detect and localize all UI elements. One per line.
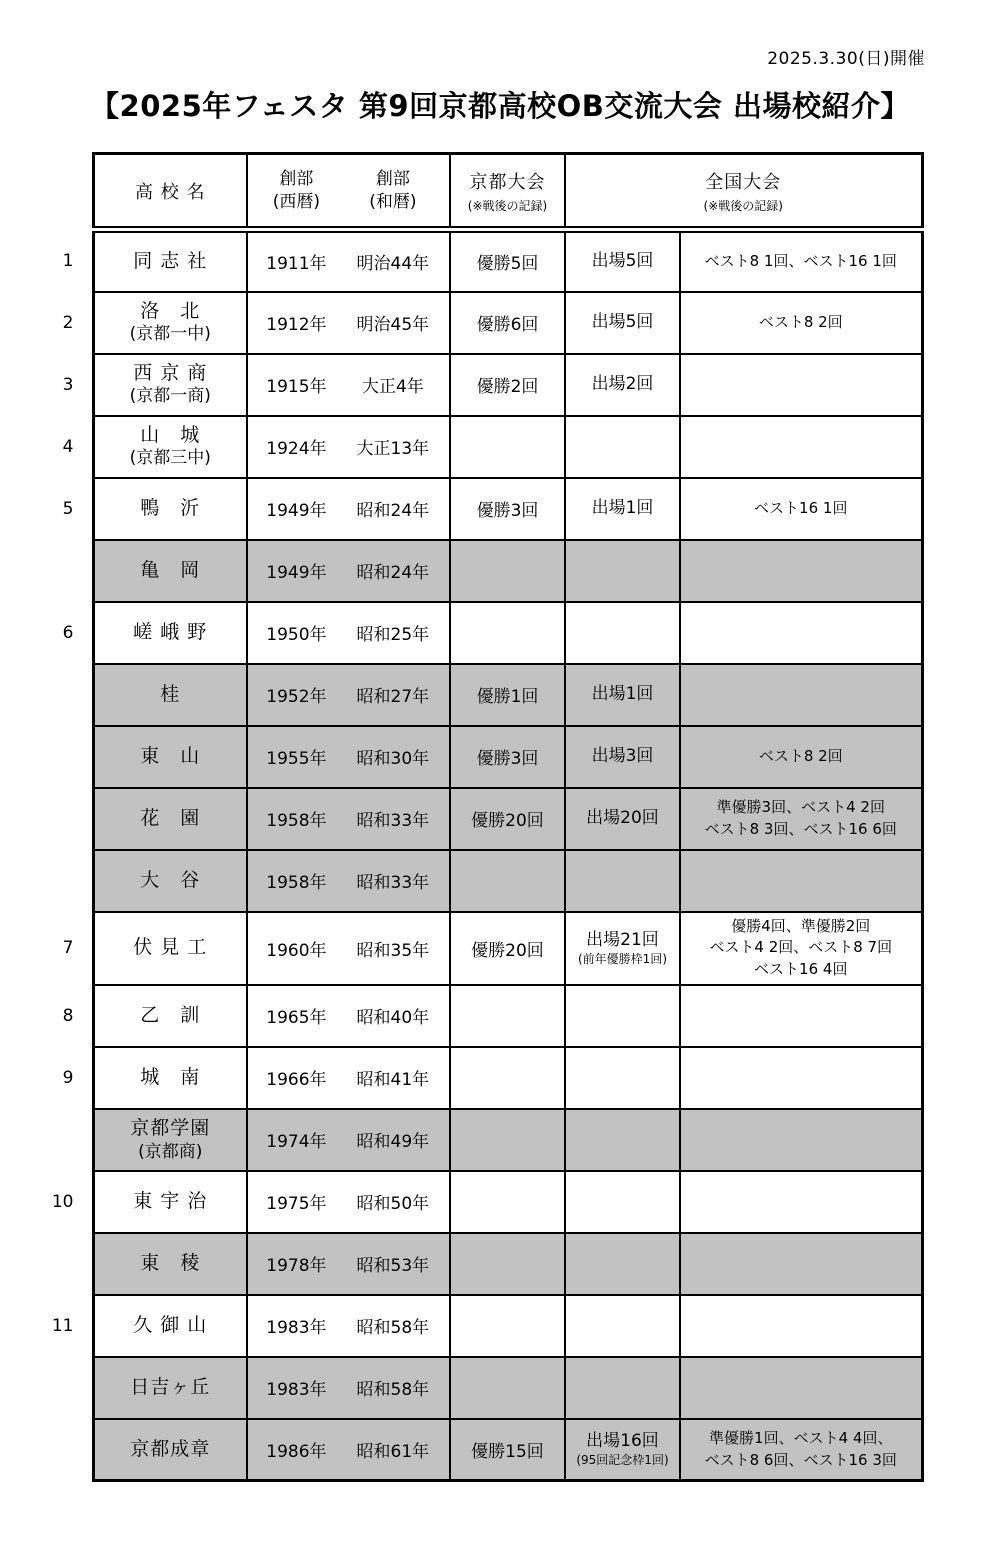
national-results-cell: 優勝4回、準優勝2回ベスト4 2回、ベスト8 7回ベスト16 4回 [680, 912, 922, 985]
school-name-cell: 京都成章 [93, 1419, 247, 1481]
founded-years: 1924年大正13年 [252, 434, 445, 459]
school-former-name: (京都三中) [99, 448, 243, 469]
founded-years: 1950年昭和25年 [252, 620, 445, 645]
kyoto-wins: 優勝5回 [455, 249, 560, 274]
national-results-cell [680, 850, 922, 912]
kyoto-record-cell [450, 1233, 565, 1295]
school-name-cell: 桂 [93, 664, 247, 726]
kyoto-wins: 優勝20回 [455, 806, 560, 831]
row-number [50, 850, 93, 912]
school-name: 日吉ヶ丘 [99, 1376, 243, 1400]
header-row: 高 校 名 創部 (西暦) 創部 (和暦) 京都大会 (※戦後の記録) [50, 154, 922, 230]
founded-year-era: 大正13年 [341, 434, 445, 459]
school-name: 洛 北 [99, 300, 243, 324]
founded-year-era: 昭和35年 [341, 936, 445, 961]
school-name: 東 稜 [99, 1252, 243, 1276]
founded-year-west: 1950年 [252, 620, 341, 645]
national-appearances-cell: 出場5回 [565, 292, 680, 354]
row-number-spacer [50, 154, 93, 230]
founded-cell: 1949年昭和24年 [247, 478, 450, 540]
row-number: 10 [50, 1171, 93, 1233]
row-number: 9 [50, 1047, 93, 1109]
founded-year-era: 昭和33年 [341, 868, 445, 893]
appearances-note: (95回記念枠1回) [570, 1453, 675, 1467]
school-row: 4山 城(京都三中)1924年大正13年 [50, 416, 922, 478]
row-number: 5 [50, 478, 93, 540]
row-number [50, 1233, 93, 1295]
event-date: 2025.3.30(日)開催 [767, 44, 925, 69]
kyoto-wins: 優勝1回 [455, 682, 560, 707]
national-appearances-cell: 出場3回 [565, 726, 680, 788]
result-line: 準優勝3回、ベスト4 2回 [685, 797, 917, 819]
founded-year-west: 1924年 [252, 434, 341, 459]
founded-year-era: 昭和25年 [341, 620, 445, 645]
school-name: 西 京 商 [99, 362, 243, 386]
header-founded-west: 創部 (西暦) [252, 168, 341, 212]
row-number [50, 664, 93, 726]
school-name: 乙 訓 [99, 1004, 243, 1028]
founded-year-era: 明治45年 [341, 310, 445, 335]
national-results-cell [680, 1047, 922, 1109]
school-row: 京都学園(京都商)1974年昭和49年 [50, 1109, 922, 1171]
kyoto-record-cell [450, 985, 565, 1047]
founded-year-west: 1911年 [252, 249, 341, 274]
kyoto-record-cell [450, 1171, 565, 1233]
founded-year-era: 昭和58年 [341, 1375, 445, 1400]
school-name: 京都成章 [99, 1438, 243, 1462]
school-name: 大 谷 [99, 869, 243, 893]
appearances-count: 出場20回 [570, 808, 675, 829]
national-results-cell [680, 1233, 922, 1295]
row-number: 11 [50, 1295, 93, 1357]
header-national-tournament: 全国大会 (※戦後の記録) [565, 154, 922, 230]
national-appearances-cell [565, 1109, 680, 1171]
kyoto-wins: 優勝3回 [455, 496, 560, 521]
founded-year-era: 昭和58年 [341, 1313, 445, 1338]
national-appearances-cell: 出場5回 [565, 230, 680, 292]
kyoto-wins: 優勝2回 [455, 372, 560, 397]
founded-cell: 1960年昭和35年 [247, 912, 450, 985]
founded-cell: 1952年昭和27年 [247, 664, 450, 726]
founded-cell: 1955年昭和30年 [247, 726, 450, 788]
kyoto-wins: 優勝20回 [455, 936, 560, 961]
national-results-cell: ベスト8 2回 [680, 726, 922, 788]
school-name: 同 志 社 [99, 250, 243, 274]
founded-years: 1983年昭和58年 [252, 1313, 445, 1338]
school-row: 東 山1955年昭和30年優勝3回出場3回ベスト8 2回 [50, 726, 922, 788]
founded-year-era: 昭和30年 [341, 744, 445, 769]
result-line: 準優勝1回、ベスト4 4回、 [685, 1428, 917, 1450]
kyoto-record-cell: 優勝1回 [450, 664, 565, 726]
row-number: 1 [50, 230, 93, 292]
header-national-label: 全国大会 [570, 168, 917, 194]
appearances-count: 出場21回 [570, 930, 675, 951]
founded-year-west: 1960年 [252, 936, 341, 961]
kyoto-record-cell [450, 1357, 565, 1419]
school-name-cell: 日吉ヶ丘 [93, 1357, 247, 1419]
school-name: 伏 見 工 [99, 936, 243, 960]
kyoto-record-cell: 優勝5回 [450, 230, 565, 292]
header-founded-era-line2: (和暦) [341, 191, 445, 213]
appearances-count: 出場3回 [570, 746, 675, 767]
header-school-name: 高 校 名 [93, 154, 247, 230]
founded-year-era: 昭和53年 [341, 1251, 445, 1276]
founded-year-west: 1912年 [252, 310, 341, 335]
row-number: 6 [50, 602, 93, 664]
school-row: 京都成章1986年昭和61年優勝15回出場16回(95回記念枠1回)準優勝1回、… [50, 1419, 922, 1481]
school-name-cell: 鴨 沂 [93, 478, 247, 540]
header-founded-era-line1: 創部 [341, 168, 445, 190]
school-row: 3西 京 商(京都一商)1915年大正4年優勝2回出場2回 [50, 354, 922, 416]
founded-years: 1912年明治45年 [252, 310, 445, 335]
founded-years: 1911年明治44年 [252, 249, 445, 274]
national-appearances-cell [565, 540, 680, 602]
founded-year-west: 1952年 [252, 682, 341, 707]
appearances-count: 出場1回 [570, 684, 675, 705]
founded-year-west: 1983年 [252, 1375, 341, 1400]
school-name-cell: 乙 訓 [93, 985, 247, 1047]
appearances-count: 出場5回 [570, 251, 675, 272]
kyoto-record-cell: 優勝2回 [450, 354, 565, 416]
kyoto-record-cell [450, 602, 565, 664]
national-results-cell: ベスト8 2回 [680, 292, 922, 354]
founded-year-west: 1955年 [252, 744, 341, 769]
school-row: 10東 宇 治1975年昭和50年 [50, 1171, 922, 1233]
national-results-cell: 準優勝3回、ベスト4 2回ベスト8 3回、ベスト16 6回 [680, 788, 922, 850]
school-name-cell: 西 京 商(京都一商) [93, 354, 247, 416]
national-results-cell [680, 1357, 922, 1419]
row-number [50, 788, 93, 850]
header-founded-west-line2: (西暦) [252, 191, 341, 213]
school-name-cell: 洛 北(京都一中) [93, 292, 247, 354]
national-appearances-cell: 出場20回 [565, 788, 680, 850]
school-former-name: (京都一商) [99, 386, 243, 407]
founded-cell: 1911年明治44年 [247, 230, 450, 292]
founded-cell: 1924年大正13年 [247, 416, 450, 478]
school-row: 8乙 訓1965年昭和40年 [50, 985, 922, 1047]
schools-table: 高 校 名 創部 (西暦) 創部 (和暦) 京都大会 (※戦後の記録) [50, 152, 924, 1482]
founded-cell: 1965年昭和40年 [247, 985, 450, 1047]
header-kyoto-tournament: 京都大会 (※戦後の記録) [450, 154, 565, 230]
founded-years: 1975年昭和50年 [252, 1189, 445, 1214]
national-results-cell [680, 1295, 922, 1357]
appearances-count: 出場1回 [570, 498, 675, 519]
school-name-cell: 大 谷 [93, 850, 247, 912]
row-number: 8 [50, 985, 93, 1047]
founded-year-era: 昭和50年 [341, 1189, 445, 1214]
school-row: 大 谷1958年昭和33年 [50, 850, 922, 912]
founded-year-era: 昭和33年 [341, 806, 445, 831]
school-name-cell: 久 御 山 [93, 1295, 247, 1357]
national-appearances-cell [565, 985, 680, 1047]
header-kyoto-note: (※戦後の記録) [455, 197, 560, 214]
national-results-cell [680, 416, 922, 478]
founded-year-west: 1949年 [252, 496, 341, 521]
result-line: ベスト4 2回、ベスト8 7回 [685, 937, 917, 959]
founded-years: 1986年昭和61年 [252, 1437, 445, 1462]
kyoto-record-cell: 優勝20回 [450, 788, 565, 850]
founded-cell: 1975年昭和50年 [247, 1171, 450, 1233]
founded-years: 1960年昭和35年 [252, 936, 445, 961]
founded-year-west: 1983年 [252, 1313, 341, 1338]
header-founded-west-line1: 創部 [252, 168, 341, 190]
founded-years: 1958年昭和33年 [252, 868, 445, 893]
founded-year-west: 1978年 [252, 1251, 341, 1276]
kyoto-record-cell [450, 1295, 565, 1357]
result-line: ベスト8 2回 [685, 312, 917, 334]
kyoto-record-cell: 優勝20回 [450, 912, 565, 985]
founded-years: 1965年昭和40年 [252, 1003, 445, 1028]
school-name-cell: 山 城(京都三中) [93, 416, 247, 478]
national-results-cell: ベスト8 1回、ベスト16 1回 [680, 230, 922, 292]
school-name-cell: 東 稜 [93, 1233, 247, 1295]
school-row: 7伏 見 工1960年昭和35年優勝20回出場21回(前年優勝枠1回)優勝4回、… [50, 912, 922, 985]
founded-year-west: 1965年 [252, 1003, 341, 1028]
founded-cell: 1912年明治45年 [247, 292, 450, 354]
founded-year-west: 1958年 [252, 806, 341, 831]
founded-year-west: 1974年 [252, 1127, 341, 1152]
founded-year-west: 1949年 [252, 558, 341, 583]
row-number [50, 726, 93, 788]
founded-year-era: 昭和49年 [341, 1127, 445, 1152]
school-name-cell: 東 宇 治 [93, 1171, 247, 1233]
result-line: ベスト8 2回 [685, 746, 917, 768]
national-appearances-cell [565, 1295, 680, 1357]
header-kyoto-label: 京都大会 [455, 168, 560, 194]
national-results-cell [680, 664, 922, 726]
header-national-note: (※戦後の記録) [570, 197, 917, 214]
founded-cell: 1949年昭和24年 [247, 540, 450, 602]
school-row: 日吉ヶ丘1983年昭和58年 [50, 1357, 922, 1419]
result-line: ベスト16 1回 [685, 498, 917, 520]
founded-year-west: 1915年 [252, 372, 341, 397]
founded-years: 1958年昭和33年 [252, 806, 445, 831]
row-number [50, 540, 93, 602]
header-founded-era: 創部 (和暦) [341, 168, 445, 212]
result-line: ベスト16 4回 [685, 959, 917, 981]
school-former-name: (京都商) [99, 1142, 243, 1163]
school-name: 桂 [99, 683, 243, 707]
founded-years: 1983年昭和58年 [252, 1375, 445, 1400]
school-row: 2洛 北(京都一中)1912年明治45年優勝6回出場5回ベスト8 2回 [50, 292, 922, 354]
founded-cell: 1986年昭和61年 [247, 1419, 450, 1481]
kyoto-record-cell [450, 850, 565, 912]
kyoto-record-cell [450, 416, 565, 478]
national-results-cell [680, 1109, 922, 1171]
founded-year-era: 昭和61年 [341, 1437, 445, 1462]
row-number: 7 [50, 912, 93, 985]
national-appearances-cell: 出場16回(95回記念枠1回) [565, 1419, 680, 1481]
appearances-count: 出場16回 [570, 1431, 675, 1452]
kyoto-record-cell: 優勝6回 [450, 292, 565, 354]
national-appearances-cell: 出場1回 [565, 664, 680, 726]
founded-cell: 1950年昭和25年 [247, 602, 450, 664]
school-name: 久 御 山 [99, 1314, 243, 1338]
national-results-cell: ベスト16 1回 [680, 478, 922, 540]
national-results-cell: 準優勝1回、ベスト4 4回、ベスト8 6回、ベスト16 3回 [680, 1419, 922, 1481]
appearances-count: 出場2回 [570, 374, 675, 395]
kyoto-record-cell: 優勝3回 [450, 478, 565, 540]
school-row: 花 園1958年昭和33年優勝20回出場20回準優勝3回、ベスト4 2回ベスト8… [50, 788, 922, 850]
founded-year-era: 昭和41年 [341, 1065, 445, 1090]
national-appearances-cell: 出場21回(前年優勝枠1回) [565, 912, 680, 985]
kyoto-wins: 優勝15回 [455, 1437, 560, 1462]
founded-cell: 1974年昭和49年 [247, 1109, 450, 1171]
school-row: 1同 志 社1911年明治44年優勝5回出場5回ベスト8 1回、ベスト16 1回 [50, 230, 922, 292]
school-name-cell: 東 山 [93, 726, 247, 788]
founded-year-era: 昭和24年 [341, 558, 445, 583]
kyoto-wins: 優勝3回 [455, 744, 560, 769]
national-appearances-cell [565, 1357, 680, 1419]
national-results-cell [680, 602, 922, 664]
kyoto-record-cell [450, 1047, 565, 1109]
national-appearances-cell [565, 1233, 680, 1295]
result-line: ベスト8 6回、ベスト16 3回 [685, 1450, 917, 1472]
national-results-cell [680, 540, 922, 602]
national-appearances-cell [565, 1171, 680, 1233]
national-appearances-cell [565, 416, 680, 478]
national-appearances-cell [565, 1047, 680, 1109]
school-name-cell: 亀 岡 [93, 540, 247, 602]
founded-cell: 1966年昭和41年 [247, 1047, 450, 1109]
founded-cell: 1958年昭和33年 [247, 788, 450, 850]
founded-year-west: 1975年 [252, 1189, 341, 1214]
kyoto-record-cell [450, 1109, 565, 1171]
school-name-cell: 京都学園(京都商) [93, 1109, 247, 1171]
school-name: 山 城 [99, 424, 243, 448]
founded-cell: 1978年昭和53年 [247, 1233, 450, 1295]
school-name-cell: 伏 見 工 [93, 912, 247, 985]
school-name: 京都学園 [99, 1117, 243, 1141]
national-appearances-cell [565, 850, 680, 912]
school-row: 9城 南1966年昭和41年 [50, 1047, 922, 1109]
school-name: 東 山 [99, 745, 243, 769]
founded-cell: 1958年昭和33年 [247, 850, 450, 912]
page-title: 【2025年フェスタ 第9回京都高校OB交流大会 出場校紹介】 [0, 84, 1000, 125]
founded-years: 1966年昭和41年 [252, 1065, 445, 1090]
founded-year-west: 1986年 [252, 1437, 341, 1462]
founded-years: 1955年昭和30年 [252, 744, 445, 769]
national-appearances-cell: 出場1回 [565, 478, 680, 540]
school-row: 5鴨 沂1949年昭和24年優勝3回出場1回ベスト16 1回 [50, 478, 922, 540]
founded-years: 1978年昭和53年 [252, 1251, 445, 1276]
founded-years: 1949年昭和24年 [252, 496, 445, 521]
school-row: 11久 御 山1983年昭和58年 [50, 1295, 922, 1357]
school-row: 東 稜1978年昭和53年 [50, 1233, 922, 1295]
school-row: 6嵯 峨 野1950年昭和25年 [50, 602, 922, 664]
row-number: 2 [50, 292, 93, 354]
founded-years: 1974年昭和49年 [252, 1127, 445, 1152]
national-results-cell [680, 1171, 922, 1233]
school-name: 東 宇 治 [99, 1190, 243, 1214]
kyoto-record-cell [450, 540, 565, 602]
result-line: ベスト8 3回、ベスト16 6回 [685, 819, 917, 841]
founded-years: 1949年昭和24年 [252, 558, 445, 583]
founded-years: 1952年昭和27年 [252, 682, 445, 707]
result-line: ベスト8 1回、ベスト16 1回 [685, 251, 917, 273]
founded-year-west: 1958年 [252, 868, 341, 893]
header-school-name-label: 高 校 名 [99, 178, 243, 204]
row-number: 3 [50, 354, 93, 416]
row-number [50, 1109, 93, 1171]
school-name-cell: 城 南 [93, 1047, 247, 1109]
founded-year-era: 昭和27年 [341, 682, 445, 707]
founded-years: 1915年大正4年 [252, 372, 445, 397]
founded-cell: 1915年大正4年 [247, 354, 450, 416]
school-name: 鴨 沂 [99, 497, 243, 521]
national-results-cell [680, 354, 922, 416]
appearances-count: 出場5回 [570, 312, 675, 333]
school-name: 嵯 峨 野 [99, 621, 243, 645]
header-founded-group: 創部 (西暦) 創部 (和暦) [252, 168, 445, 212]
result-line: 優勝4回、準優勝2回 [685, 916, 917, 938]
school-row: 桂1952年昭和27年優勝1回出場1回 [50, 664, 922, 726]
school-name: 亀 岡 [99, 559, 243, 583]
founded-cell: 1983年昭和58年 [247, 1357, 450, 1419]
appearances-note: (前年優勝枠1回) [570, 952, 675, 966]
founded-year-era: 明治44年 [341, 249, 445, 274]
founded-year-era: 昭和40年 [341, 1003, 445, 1028]
school-name-cell: 同 志 社 [93, 230, 247, 292]
kyoto-record-cell: 優勝3回 [450, 726, 565, 788]
national-appearances-cell: 出場2回 [565, 354, 680, 416]
row-number [50, 1357, 93, 1419]
school-row: 亀 岡1949年昭和24年 [50, 540, 922, 602]
founded-year-era: 大正4年 [341, 372, 445, 397]
header-founded: 創部 (西暦) 創部 (和暦) [247, 154, 450, 230]
founded-cell: 1983年昭和58年 [247, 1295, 450, 1357]
row-number: 4 [50, 416, 93, 478]
national-results-cell [680, 985, 922, 1047]
school-name-cell: 花 園 [93, 788, 247, 850]
kyoto-wins: 優勝6回 [455, 310, 560, 335]
school-name: 城 南 [99, 1066, 243, 1090]
founded-year-era: 昭和24年 [341, 496, 445, 521]
school-name: 花 園 [99, 807, 243, 831]
row-number [50, 1419, 93, 1481]
school-former-name: (京都一中) [99, 324, 243, 345]
national-appearances-cell [565, 602, 680, 664]
school-name-cell: 嵯 峨 野 [93, 602, 247, 664]
kyoto-record-cell: 優勝15回 [450, 1419, 565, 1481]
founded-year-west: 1966年 [252, 1065, 341, 1090]
